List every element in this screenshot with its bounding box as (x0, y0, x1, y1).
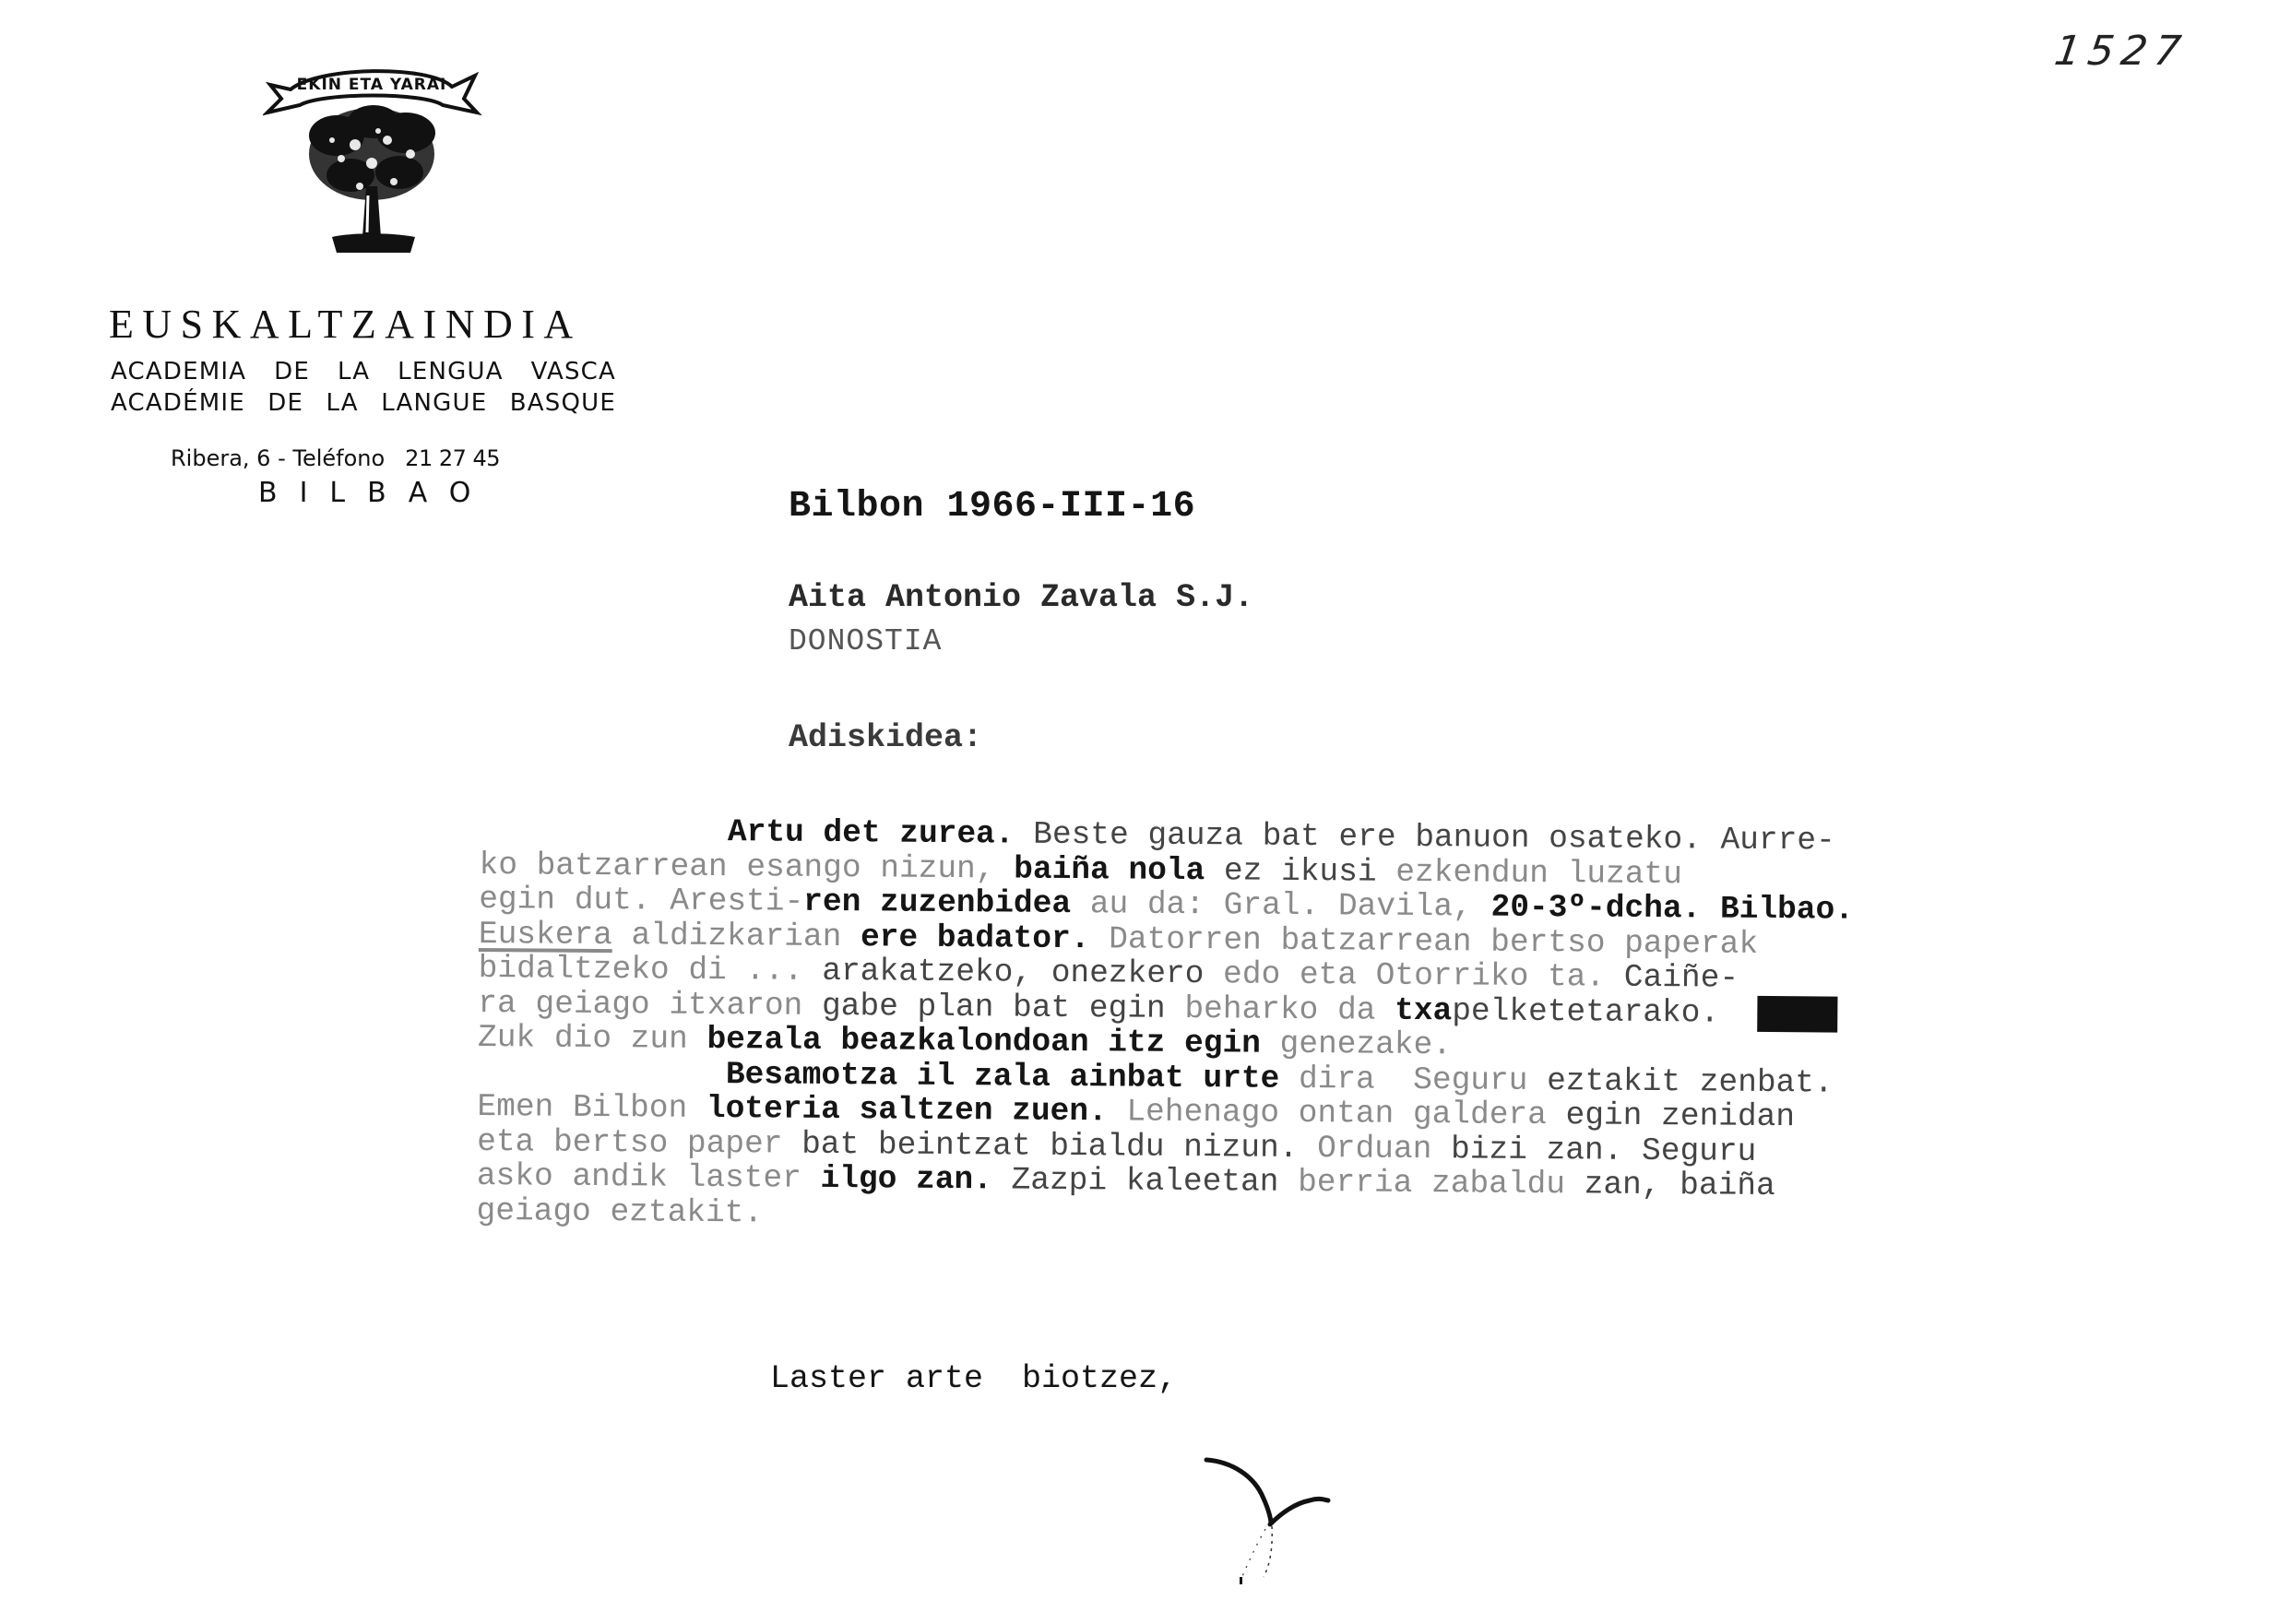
body-text-segment: Artu det zurea. (480, 812, 1034, 853)
body-text-segment: Caiñe- (1624, 960, 1739, 997)
recipient-name: Aita Antonio Zavala S.J. (789, 579, 1253, 616)
signature-icon (1181, 1439, 1402, 1624)
tree-emblem-icon: EKIN ETA YARAI (263, 48, 484, 269)
body-text-segment: Aresti- (670, 883, 803, 920)
body-text-segment: au da: Gral. Davila, (1090, 886, 1491, 925)
body-text-segment: Orduan (1317, 1131, 1451, 1168)
body-text-segment: zuzenbidea (861, 884, 1090, 922)
body-text-segment: ren (803, 884, 861, 920)
closing: Laster arte biotzez, (770, 1360, 1177, 1397)
letter-body: Artu det zurea. Beste gauza bat ere banu… (476, 813, 2286, 1242)
body-text-segment: bat beintzat bialdu nizun. (801, 1126, 1317, 1166)
body-text-segment: loteria saltzen zuen. (706, 1091, 1127, 1131)
organization-address: Ribera, 6 - Teléfono21 27 45 (171, 445, 500, 472)
place-date: Bilbon 1966-III-16 (789, 487, 1195, 528)
emblem-motto: EKIN ETA YARAI (297, 76, 447, 94)
body-text-segment: ez ikusi (1224, 853, 1396, 890)
body-text-segment: ko batzarrean esango nizun, (479, 847, 1014, 887)
recipient-city: DONOSTIA (789, 623, 942, 660)
body-text-segment: arakatzeko, onezkero (822, 954, 1223, 992)
phone-number: 21 27 45 (405, 445, 500, 471)
body-text-segment: bizi zan. Seguru (1451, 1132, 1757, 1170)
body-text-segment: bidaltzeko di ... (479, 951, 823, 990)
body-text-segment: baiña nola (1014, 851, 1224, 889)
organization-subtitle-french: ACADÉMIE DE LA LANGUE BASQUE (111, 389, 616, 417)
body-text-segment: Zazpi kaleetan (1011, 1163, 1298, 1201)
body-text-segment: genezake. (1279, 1026, 1452, 1063)
body-text-segment: eztakit zenbat. (1547, 1063, 1834, 1101)
body-text-segment: Euskera (479, 916, 612, 953)
body-text-segment: edo eta Otorriko ta. (1223, 956, 1624, 995)
body-text-segment: geiago eztakit. (476, 1192, 763, 1230)
body-text-segment: egin zenidan (1565, 1097, 1795, 1135)
body-text-segment: txa (1395, 992, 1452, 1028)
body-text-segment: Zuk dio zun (478, 1020, 707, 1058)
archive-number: 1527 (2051, 28, 2190, 75)
body-text-segment: gabe plan bat egin (822, 988, 1185, 1026)
body-text-segment: zan, baiña (1585, 1167, 1775, 1204)
body-text-segment: dira Seguru (1299, 1061, 1547, 1098)
body-text-segment: ra geiago itxaron (478, 985, 822, 1024)
organization-city: BILBAO (258, 478, 493, 509)
body-text-segment: ere badator. (861, 919, 1109, 957)
salutation: Adiskidea: (789, 719, 982, 756)
body-text-segment: Aurre- (1720, 823, 1835, 859)
body-text-segment: xxxx (1757, 995, 1837, 1032)
body-text-segment: 20-3º-dcha. Bilbao. (1490, 890, 1854, 929)
body-text-segment: ezkendun luzatu (1395, 854, 1682, 892)
body-text-segment: beharko da (1184, 991, 1395, 1029)
organization-subtitle-spanish: ACADEMIA DE LA LENGUA VASCA (111, 358, 616, 385)
organization-name: EUSKALTZAINDIA (109, 302, 616, 347)
body-text-segment: eta bertso paper (477, 1123, 801, 1162)
body-text-segment: ilgo zan. (820, 1161, 1011, 1199)
body-text-segment: Emen Bilbon (477, 1089, 706, 1127)
body-text-segment: Lehenago ontan galdera (1126, 1095, 1565, 1134)
body-text-segment: pelketetarako. (1452, 993, 1758, 1032)
body-text-segment: asko andik laster (477, 1158, 821, 1197)
body-text-segment: berria zabaldu (1298, 1165, 1585, 1203)
body-text-segment: egin dut. (479, 882, 670, 919)
address-text: Ribera, 6 - Teléfono (171, 445, 385, 471)
body-text-segment: aldizkarian (612, 918, 861, 955)
